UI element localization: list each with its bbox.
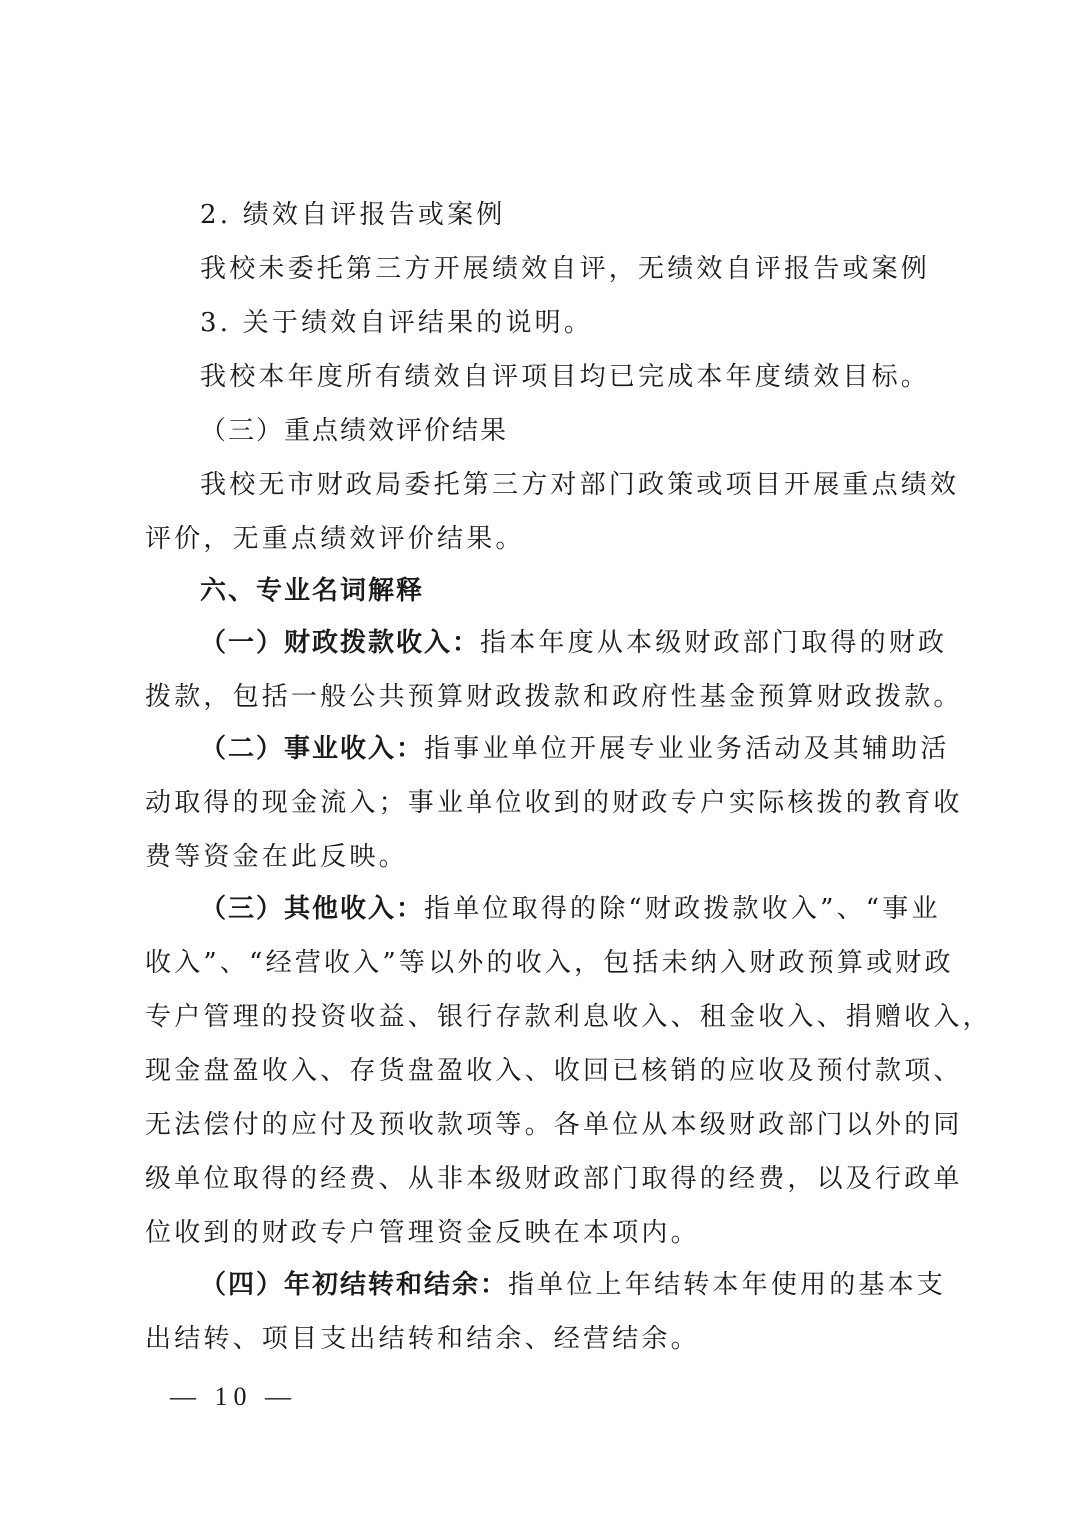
definition-term: （二）事业收入： (200, 734, 424, 764)
definition-term: （一）财政拨款收入： (200, 628, 480, 658)
definition-3-line4: 现金盘盈收入、存货盘盈收入、收回已核销的应收及预付款项、 (145, 1054, 945, 1088)
definition-term: （三）其他收入： (200, 894, 424, 924)
definition-term: （四）年初结转和结余： (200, 1270, 508, 1300)
definition-text: 指单位上年结转本年使用的基本支 (508, 1270, 946, 1300)
subsection-3-body-line2: 评价，无重点绩效评价结果。 (145, 522, 945, 556)
definition-4-line1: （四）年初结转和结余：指单位上年结转本年使用的基本支 (200, 1268, 1000, 1302)
definition-text: 指单位取得的除“财政拨款收入”、“事业 (424, 894, 941, 924)
document-page: 2. 绩效自评报告或案例 我校未委托第三方开展绩效自评，无绩效自评报告或案例 3… (0, 0, 1074, 1520)
definition-text: 指事业单位开展专业业务活动及其辅助活 (424, 734, 950, 764)
definition-3-line7: 位收到的财政专户管理资金反映在本项内。 (145, 1216, 945, 1250)
item3-title: 3. 关于绩效自评结果的说明。 (200, 306, 1000, 340)
subsection-3-heading: （三）重点绩效评价结果 (200, 414, 1000, 448)
item2-body: 我校未委托第三方开展绩效自评，无绩效自评报告或案例 (200, 252, 1000, 286)
section-6-heading: 六、专业名词解释 (200, 574, 1000, 608)
item3-body: 我校本年度所有绩效自评项目均已完成本年度绩效目标。 (200, 360, 1000, 394)
item2-title: 2. 绩效自评报告或案例 (200, 198, 1000, 232)
definition-text: 指本年度从本级财政部门取得的财政 (480, 628, 947, 658)
definition-3-line1: （三）其他收入：指单位取得的除“财政拨款收入”、“事业 (200, 892, 1000, 926)
subsection-3-body-line1: 我校无市财政局委托第三方对部门政策或项目开展重点绩效 (200, 468, 1000, 502)
definition-4-line2: 出结转、项目支出结转和结余、经营结余。 (145, 1322, 945, 1356)
definition-3-line2: 收入”、“经营收入”等以外的收入，包括未纳入财政预算或财政 (145, 946, 945, 980)
definition-3-line5: 无法偿付的应付及预收款项等。各单位从本级财政部门以外的同 (145, 1108, 945, 1142)
page-number: — 10 — (170, 1382, 297, 1412)
definition-3-line6: 级单位取得的经费、从非本级财政部门取得的经费，以及行政单 (145, 1162, 945, 1196)
definition-3-line3: 专户管理的投资收益、银行存款利息收入、租金收入、捐赠收入， (145, 1000, 945, 1034)
definition-2-line2: 动取得的现金流入；事业单位收到的财政专户实际核拨的教育收 (145, 786, 945, 820)
definition-1-line1: （一）财政拨款收入：指本年度从本级财政部门取得的财政 (200, 626, 1000, 660)
definition-2-line1: （二）事业收入：指事业单位开展专业业务活动及其辅助活 (200, 732, 1000, 766)
definition-2-line3: 费等资金在此反映。 (145, 840, 945, 874)
definition-1-line2: 拨款，包括一般公共预算财政拨款和政府性基金预算财政拨款。 (145, 680, 945, 714)
